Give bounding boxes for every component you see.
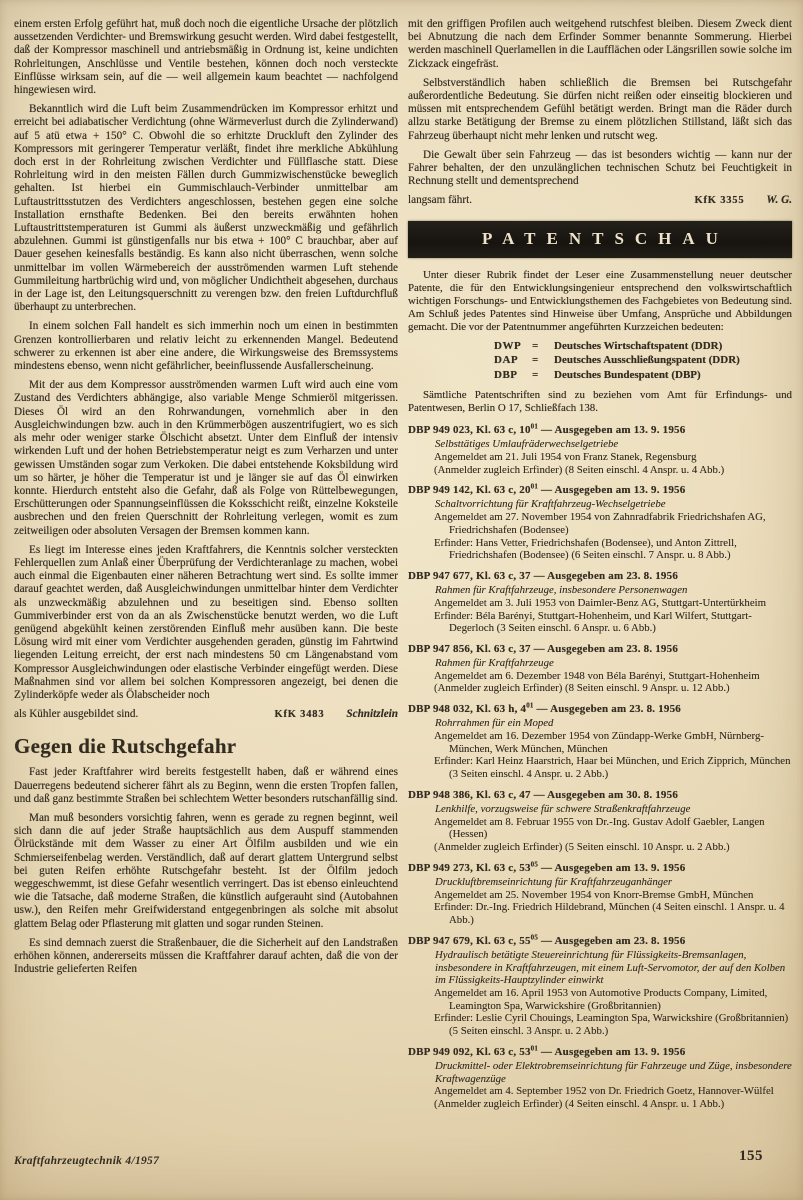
author-initials: W. G. (766, 194, 792, 207)
patent-details: Angemeldet am 21. Juli 1954 von Franz St… (408, 451, 792, 477)
patent-details: Angemeldet am 16. Dezember 1954 von Zünd… (408, 730, 792, 781)
patent-detail-line: Angemeldet am 27. November 1954 von Zahn… (408, 511, 792, 537)
patent-entry: DBP 948 386, Kl. 63 c, 47 — Ausgegeben a… (408, 789, 792, 854)
abbreviation-code: DBP (494, 368, 532, 383)
patent-code: DBP 949 023, Kl. 63 c, 10 (408, 424, 531, 436)
patent-class-superscript: 05 (531, 933, 538, 941)
patent-entry: DBP 948 032, Kl. 63 h, 401 — Ausgegeben … (408, 703, 792, 781)
article-signature-line: langsam fährt. KfK 3355 W. G. (408, 194, 792, 207)
patent-detail-line: Angemeldet am 16. April 1953 von Automot… (408, 987, 792, 1013)
article-rutschgefahr-body: Fast jeder Kraftfahrer wird bereits fest… (14, 766, 398, 976)
patent-details: Angemeldet am 25. November 1954 von Knor… (408, 889, 792, 927)
patent-detail-line: Erfinder: Béla Barényi, Stuttgart-Hohenh… (408, 610, 792, 636)
patent-header: DBP 948 386, Kl. 63 c, 47 — Ausgegeben a… (408, 789, 792, 802)
patent-title: Hydraulisch betätigte Steuereinrichtung … (408, 949, 792, 987)
patent-entry: DBP 947 677, Kl. 63 c, 37 — Ausgegeben a… (408, 570, 792, 635)
journal-title-footer: Kraftfahrzeugtechnik 4/1957 (14, 1155, 159, 1167)
patent-entry: DBP 949 142, Kl. 63 c, 2001 — Ausgegeben… (408, 484, 792, 562)
patent-title: Druckluftbremseinrichtung für Kraftfahrz… (408, 876, 792, 889)
article-heading-rutschgefahr: Gegen die Rutschgefahr (14, 734, 398, 759)
patentschau-banner: PATENTSCHAU (408, 221, 792, 258)
paragraph: mit den griffigen Profilen auch weitgehe… (408, 18, 792, 71)
abbreviation-code: DAP (494, 353, 532, 368)
author-name: Schnitzlein (346, 708, 398, 721)
kfk-code: KfK 3483 (275, 708, 325, 721)
patent-details: Angemeldet am 3. Juli 1953 von Daimler-B… (408, 597, 792, 635)
patent-detail-line: Angemeldet am 4. September 1952 von Dr. … (408, 1085, 792, 1098)
patent-header: DBP 949 142, Kl. 63 c, 2001 — Ausgegeben… (408, 484, 792, 497)
patent-list: DBP 949 023, Kl. 63 c, 1001 — Ausgegeben… (408, 424, 792, 1111)
magazine-page: einem ersten Erfolg geführt hat, muß doc… (0, 0, 803, 1200)
kfk-code: KfK 3355 (695, 194, 745, 207)
patent-code: DBP 947 679, Kl. 63 c, 55 (408, 935, 531, 947)
patent-code: DBP 947 677, Kl. 63 c, 37 (408, 570, 531, 582)
abbreviation-description: Deutsches Ausschließungspatent (DDR) (554, 353, 740, 368)
patent-entry: DBP 947 856, Kl. 63 c, 37 — Ausgegeben a… (408, 643, 792, 695)
patent-issue-date: — Ausgegeben am 23. 8. 1956 (531, 570, 678, 582)
patentschau-note: Sämtliche Patentschriften sind zu bezieh… (408, 389, 792, 415)
article-signature-line: als Kühler ausgebildet sind. KfK 3483 Sc… (14, 708, 398, 721)
abbreviation-row: DBP = Deutsches Bundespatent (DBP) (494, 368, 792, 383)
patent-title: Schaltvorrichtung für Kraftfahrzeug-Wech… (408, 498, 792, 511)
patent-issue-date: — Ausgegeben am 23. 8. 1956 (538, 935, 685, 947)
patent-issue-date: — Ausgegeben am 23. 8. 1956 (531, 643, 678, 655)
patent-issue-date: — Ausgegeben am 13. 9. 1956 (538, 424, 685, 436)
patent-title: Lenkhilfe, vorzugsweise für schwere Stra… (408, 803, 792, 816)
patent-detail-line: (Anmelder zugleich Erfinder) (8 Seiten e… (408, 682, 792, 695)
paragraph: Selbstverständlich haben schließlich die… (408, 77, 792, 143)
paragraph: Es sind demnach zuerst die Straßenbauer,… (14, 937, 398, 977)
paragraph: Mit der aus dem Kompressor ausströmenden… (14, 379, 398, 537)
equals-sign: = (532, 368, 554, 383)
equals-sign: = (532, 339, 554, 354)
patent-detail-line: (Anmelder zugleich Erfinder) (5 Seiten e… (408, 841, 792, 854)
patent-code: DBP 949 142, Kl. 63 c, 20 (408, 484, 531, 496)
abbreviation-code: DWP (494, 339, 532, 354)
patent-detail-line: (Anmelder zugleich Erfinder) (8 Seiten e… (408, 464, 792, 477)
patent-details: Angemeldet am 8. Februar 1955 von Dr.-In… (408, 816, 792, 854)
patent-entry: DBP 949 092, Kl. 63 c, 5301 — Ausgegeben… (408, 1046, 792, 1111)
patent-detail-line: Erfinder: Dr.-Ing. Friedrich Hildebrand,… (408, 901, 792, 927)
paragraph: Man muß besonders vorsichtig fahren, wen… (14, 812, 398, 931)
article-continuation-body: mit den griffigen Profilen auch weitgehe… (408, 18, 792, 188)
article-compressor-body: einem ersten Erfolg geführt hat, muß doc… (14, 18, 398, 702)
page-number: 155 (739, 1148, 763, 1165)
patent-code: DBP 949 092, Kl. 63 c, 53 (408, 1046, 531, 1058)
patent-class-superscript: 05 (531, 860, 538, 868)
paragraph: einem ersten Erfolg geführt hat, muß doc… (14, 18, 398, 97)
patent-title: Rohrrahmen für ein Moped (408, 717, 792, 730)
patent-entry: DBP 949 273, Kl. 63 c, 5305 — Ausgegeben… (408, 862, 792, 927)
patent-detail-line: Angemeldet am 16. Dezember 1954 von Zünd… (408, 730, 792, 756)
patent-class-superscript: 01 (531, 422, 538, 430)
patent-issue-date: — Ausgegeben am 30. 8. 1956 (531, 789, 678, 801)
patent-class-superscript: 01 (531, 1044, 538, 1052)
patent-issue-date: — Ausgegeben am 13. 9. 1956 (538, 1046, 685, 1058)
abbreviation-row: DWP = Deutsches Wirtschaftspatent (DDR) (494, 339, 792, 354)
patent-title: Rahmen für Kraftfahrzeuge, insbesondere … (408, 584, 792, 597)
patent-detail-line: Angemeldet am 3. Juli 1953 von Daimler-B… (408, 597, 792, 610)
patent-details: Angemeldet am 27. November 1954 von Zahn… (408, 511, 792, 562)
equals-sign: = (532, 353, 554, 368)
patent-detail-line: Erfinder: Hans Vetter, Friedrichshafen (… (408, 537, 792, 563)
patent-header: DBP 949 023, Kl. 63 c, 1001 — Ausgegeben… (408, 424, 792, 437)
patent-detail-line: (Anmelder zugleich Erfinder) (4 Seiten e… (408, 1098, 792, 1111)
abbreviation-list: DWP = Deutsches Wirtschaftspatent (DDR) … (494, 339, 792, 383)
patent-detail-line: Angemeldet am 25. November 1954 von Knor… (408, 889, 792, 902)
patent-title: Selbsttätiges Umlaufräderwechselgetriebe (408, 438, 792, 451)
patent-issue-date: — Ausgegeben am 23. 8. 1956 (534, 703, 681, 715)
patent-detail-line: Erfinder: Karl Heinz Haarstrich, Haar be… (408, 755, 792, 781)
right-column: mit den griffigen Profilen auch weitgehe… (408, 18, 792, 1119)
patent-issue-date: — Ausgegeben am 13. 9. 1956 (538, 862, 685, 874)
left-column: einem ersten Erfolg geführt hat, muß doc… (14, 18, 398, 982)
paragraph: In einem solchen Fall handelt es sich im… (14, 320, 398, 373)
paragraph: Fast jeder Kraftfahrer wird bereits fest… (14, 766, 398, 806)
patent-code: DBP 947 856, Kl. 63 c, 37 (408, 643, 531, 655)
abbreviation-description: Deutsches Bundespatent (DBP) (554, 368, 701, 383)
patent-class-superscript: 01 (531, 483, 538, 491)
patent-header: DBP 947 856, Kl. 63 c, 37 — Ausgegeben a… (408, 643, 792, 656)
patent-entry: DBP 949 023, Kl. 63 c, 1001 — Ausgegeben… (408, 424, 792, 476)
paragraph: Die Gewalt über sein Fahrzeug — das ist … (408, 149, 792, 189)
patent-details: Angemeldet am 6. Dezember 1948 von Béla … (408, 670, 792, 696)
patent-header: DBP 947 677, Kl. 63 c, 37 — Ausgegeben a… (408, 570, 792, 583)
patent-header: DBP 949 273, Kl. 63 c, 5305 — Ausgegeben… (408, 862, 792, 875)
patent-detail-line: Erfinder: Leslie Cyril Chouings, Leaming… (408, 1012, 792, 1038)
patentschau-intro: Unter dieser Rubrik findet der Leser ein… (408, 269, 792, 334)
patent-header: DBP 948 032, Kl. 63 h, 401 — Ausgegeben … (408, 703, 792, 716)
patent-header: DBP 949 092, Kl. 63 c, 5301 — Ausgegeben… (408, 1046, 792, 1059)
patent-code: DBP 949 273, Kl. 63 c, 53 (408, 862, 531, 874)
patent-code: DBP 948 032, Kl. 63 h, 4 (408, 703, 526, 715)
paragraph-end-text: langsam fährt. (408, 194, 472, 207)
patent-details: Angemeldet am 16. April 1953 von Automot… (408, 987, 792, 1038)
patent-title: Rahmen für Kraftfahrzeuge (408, 657, 792, 670)
patent-code: DBP 948 386, Kl. 63 c, 47 (408, 789, 531, 801)
patent-detail-line: Angemeldet am 8. Februar 1955 von Dr.-In… (408, 816, 792, 842)
patent-header: DBP 947 679, Kl. 63 c, 5505 — Ausgegeben… (408, 935, 792, 948)
patent-title: Druckmittel- oder Elektrobremseinrichtun… (408, 1060, 792, 1085)
paragraph-end-text: als Kühler ausgebildet sind. (14, 708, 138, 721)
patent-detail-line: Angemeldet am 21. Juli 1954 von Franz St… (408, 451, 792, 464)
patent-details: Angemeldet am 4. September 1952 von Dr. … (408, 1085, 792, 1111)
paragraph: Es liegt im Interesse eines jeden Kraftf… (14, 544, 398, 702)
patent-detail-line: Angemeldet am 6. Dezember 1948 von Béla … (408, 670, 792, 683)
patent-issue-date: — Ausgegeben am 13. 9. 1956 (538, 484, 685, 496)
paragraph: Unter dieser Rubrik findet der Leser ein… (408, 269, 792, 334)
abbreviation-description: Deutsches Wirtschaftspatent (DDR) (554, 339, 722, 354)
abbreviation-row: DAP = Deutsches Ausschließungspatent (DD… (494, 353, 792, 368)
patent-entry: DBP 947 679, Kl. 63 c, 5505 — Ausgegeben… (408, 935, 792, 1038)
paragraph: Bekanntlich wird die Luft beim Zusammend… (14, 103, 398, 314)
patent-class-superscript: 01 (526, 702, 533, 710)
